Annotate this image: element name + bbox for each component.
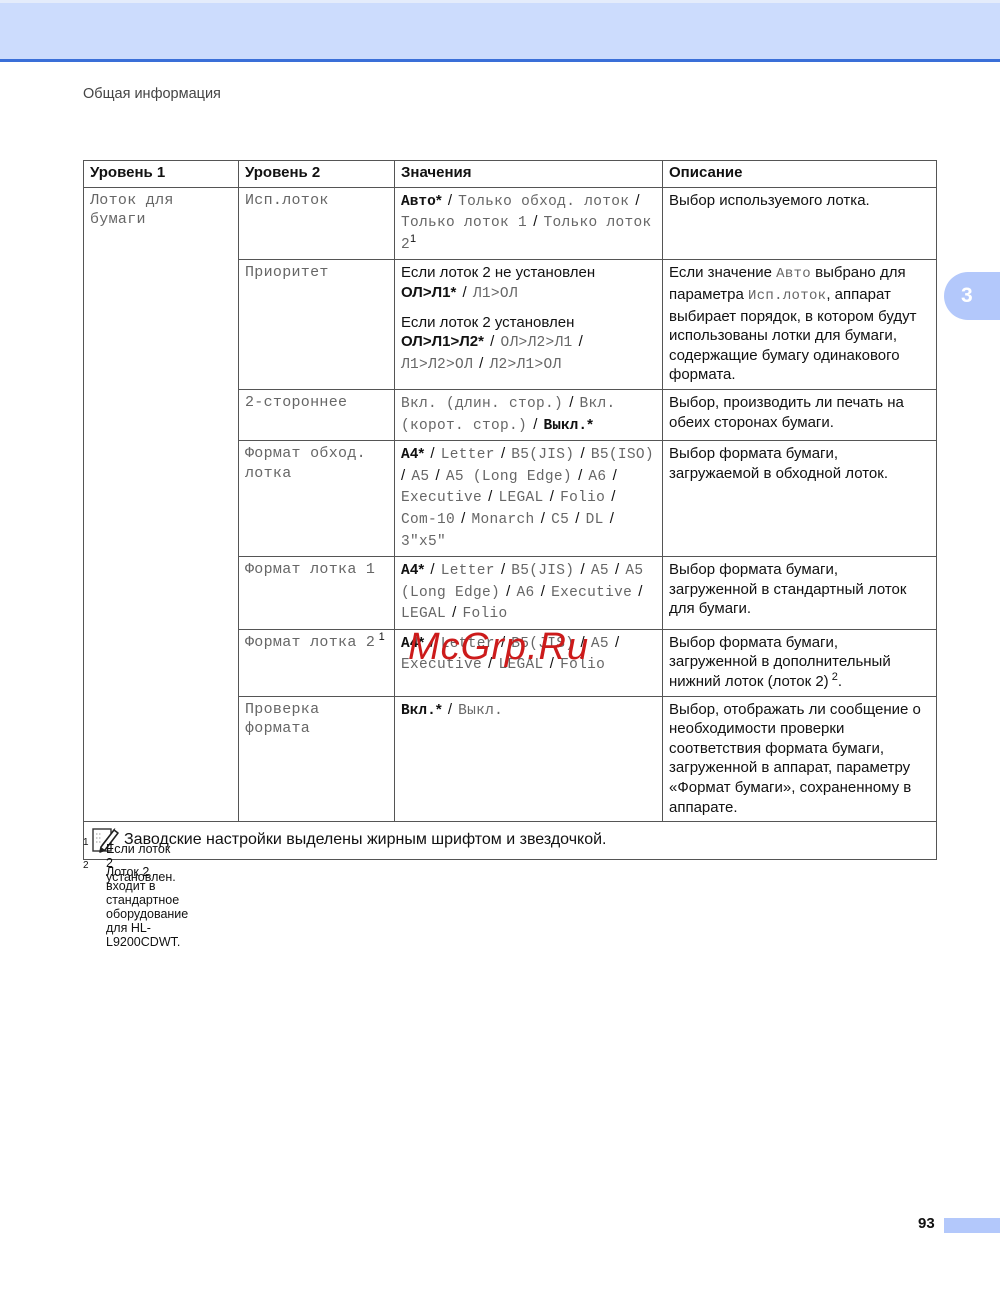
separator: / (442, 701, 459, 718)
option-value: Выкл. (458, 703, 503, 719)
separator: / (455, 510, 472, 527)
separator: / (495, 634, 512, 651)
option-value: Folio (463, 606, 508, 622)
separator: / (574, 561, 591, 578)
table-header-row: Уровень 1 Уровень 2 Значения Описание (84, 161, 937, 188)
separator: / (424, 634, 441, 651)
separator: / (527, 213, 544, 230)
option-value: Folio (560, 657, 605, 673)
note-text: Заводские настройки выделены жирным шриф… (124, 830, 607, 850)
level2-cell: Формат обход. лотка (239, 441, 395, 557)
note: Заводские настройки выделены жирным шриф… (90, 825, 930, 855)
option-value: Letter (441, 563, 495, 579)
separator: / (424, 561, 441, 578)
footnote-number: 2 (83, 860, 89, 871)
separator: / (544, 488, 561, 505)
default-value: Вкл. (401, 703, 436, 719)
option-value: Folio (560, 490, 605, 506)
spacer (401, 305, 656, 313)
values-cell: Вкл.* / Выкл. (395, 696, 663, 822)
separator: / (484, 333, 501, 350)
level2-cell: 2-стороннее (239, 389, 395, 440)
description-cell: Выбор используемого лотка. (663, 187, 937, 260)
separator: / (535, 510, 552, 527)
default-asterisk: * (436, 701, 442, 718)
option-value: A6 (588, 469, 606, 485)
option-value: Л1>Л2>ОЛ (401, 357, 473, 373)
option-value: LEGAL (401, 606, 446, 622)
values-cell: Вкл. (длин. стор.) / Вкл. (корот. стор.)… (395, 389, 663, 440)
default-value: ОЛ>Л1>Л2 (401, 333, 478, 350)
default-asterisk: * (587, 416, 593, 433)
separator: / (609, 561, 626, 578)
option-value: Л2>Л1>ОЛ (490, 357, 562, 373)
page-number: 93 (918, 1215, 935, 1232)
values-cell: A4* / Letter / B5(JIS) / A5 / Executive … (395, 629, 663, 696)
footnote-text: Лоток 2 входит в стандартное оборудовани… (106, 865, 188, 949)
separator: / (429, 467, 446, 484)
separator: / (632, 583, 644, 600)
section-title: Общая информация (83, 86, 221, 102)
separator: / (473, 355, 490, 372)
chapter-tab[interactable]: 3 (944, 272, 1000, 320)
separator: / (482, 488, 499, 505)
values-cell: Если лоток 2 не установленОЛ>Л1* / Л1>ОЛ… (395, 260, 663, 390)
option-value: A6 (517, 585, 535, 601)
separator: / (572, 333, 584, 350)
level2-cell: Приоритет (239, 260, 395, 390)
inline-code: Исп.лоток (748, 288, 826, 304)
separator: / (527, 416, 544, 433)
default-asterisk: * (436, 192, 442, 209)
option-value: Executive (551, 585, 632, 601)
default-value: Выкл. (544, 418, 588, 434)
footnote-ref: 1 (375, 631, 385, 643)
table-row: Лоток для бумагиИсп.лотокАвто* / Только … (84, 187, 937, 260)
option-value: Л1>ОЛ (473, 286, 518, 302)
separator: / (572, 467, 589, 484)
footnote-number: 1 (83, 837, 89, 848)
separator: / (500, 583, 517, 600)
option-value: Только лоток 1 (401, 215, 527, 231)
option-value: Executive (401, 657, 482, 673)
separator: / (569, 510, 586, 527)
default-value: Авто (401, 194, 436, 210)
option-value: ОЛ>Л2>Л1 (500, 335, 572, 351)
option-value: C5 (551, 512, 569, 528)
footnote-ref: 1 (410, 233, 416, 245)
option-value: LEGAL (499, 657, 544, 673)
separator: / (482, 655, 499, 672)
column-header: Уровень 1 (84, 161, 239, 188)
option-value: Только обход. лоток (458, 194, 629, 210)
values-cell: Авто* / Только обход. лоток / Только лот… (395, 187, 663, 260)
separator: / (495, 445, 512, 462)
level2-cell: Формат лотка 2 1 (239, 629, 395, 696)
option-value: Executive (401, 490, 482, 506)
option-value: Вкл. (длин. стор.) (401, 396, 563, 412)
separator: / (535, 583, 552, 600)
values-cell: A4* / Letter / B5(JIS) / B5(ISO) / A5 / … (395, 441, 663, 557)
default-value: ОЛ>Л1 (401, 284, 450, 301)
separator: / (574, 445, 591, 462)
option-value: B5(ISO) (591, 447, 654, 463)
separator: / (442, 192, 459, 209)
option-value: 3"x5" (401, 534, 446, 550)
description-cell: Если значение Авто выбрано для параметра… (663, 260, 937, 390)
option-value: Monarch (472, 512, 535, 528)
option-value: A5 (Long Edge) (446, 469, 572, 485)
description-cell: Выбор, производить ли печать на обеих ст… (663, 389, 937, 440)
option-value: A5 (411, 469, 429, 485)
option-value: Com-10 (401, 512, 455, 528)
separator: / (544, 655, 561, 672)
description-cell: Выбор, отображать ли сообщение о необход… (663, 696, 937, 822)
separator: / (456, 284, 473, 301)
footnote-ref: 2 (829, 671, 838, 683)
separator: / (629, 192, 641, 209)
note-cell: Заводские настройки выделены жирным шриф… (84, 822, 937, 860)
separator: / (446, 604, 463, 621)
values-cell: A4* / Letter / B5(JIS) / A5 / A5 (Long E… (395, 557, 663, 630)
description-cell: Выбор формата бумаги, загруженной в стан… (663, 557, 937, 630)
default-value: A4 (401, 447, 418, 463)
inline-code: Авто (776, 266, 811, 282)
default-value: A4 (401, 636, 418, 652)
separator: / (606, 467, 618, 484)
column-header: Уровень 2 (239, 161, 395, 188)
separator: / (609, 634, 621, 651)
note-row: Заводские настройки выделены жирным шриф… (84, 822, 937, 860)
description-cell: Выбор формата бумаги, загруженной в допо… (663, 629, 937, 696)
separator: / (424, 445, 441, 462)
option-value: DL (586, 512, 604, 528)
option-value: A5 (591, 563, 609, 579)
column-header: Значения (395, 161, 663, 188)
separator: / (495, 561, 512, 578)
default-value: A4 (401, 563, 418, 579)
condition-label: Если лоток 2 не установлен (401, 263, 656, 283)
option-value: B5(JIS) (511, 636, 574, 652)
separator: / (605, 488, 617, 505)
page-bar (944, 1218, 1000, 1233)
settings-table: Уровень 1 Уровень 2 Значения Описание Ло… (83, 160, 937, 860)
separator: / (604, 510, 616, 527)
option-value: Letter (441, 636, 495, 652)
level2-cell: Формат лотка 1 (239, 557, 395, 630)
option-value: B5(JIS) (511, 563, 574, 579)
level2-cell: Проверка формата (239, 696, 395, 822)
column-header: Описание (663, 161, 937, 188)
level2-cell: Исп.лоток (239, 187, 395, 260)
separator: / (563, 394, 580, 411)
option-value: A5 (591, 636, 609, 652)
description-cell: Выбор формата бумаги, загружаемой в обхо… (663, 441, 937, 557)
level1-cell: Лоток для бумаги (84, 187, 239, 822)
option-value: Letter (441, 447, 495, 463)
option-value: LEGAL (499, 490, 544, 506)
separator: / (574, 634, 591, 651)
condition-label: Если лоток 2 установлен (401, 313, 656, 333)
option-value: B5(JIS) (511, 447, 574, 463)
header-band (0, 0, 1000, 62)
